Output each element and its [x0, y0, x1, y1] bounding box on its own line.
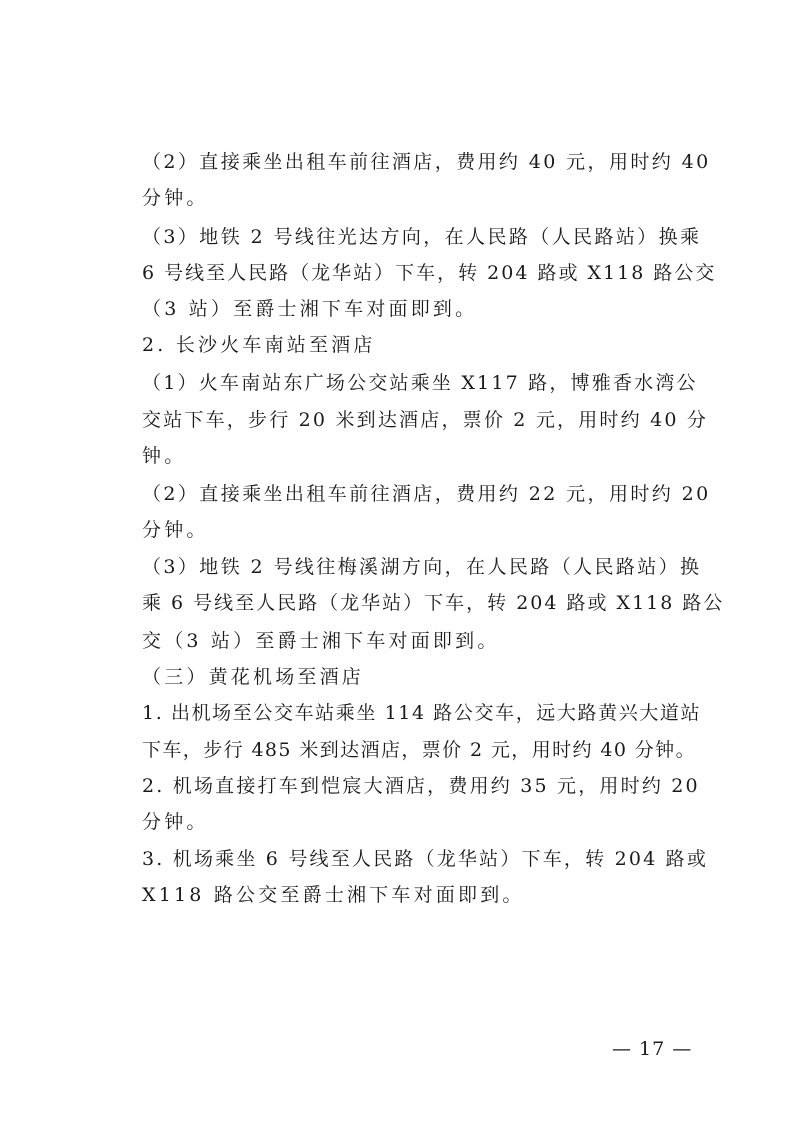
- section-heading: 2. 长沙火车南站至酒店: [142, 333, 682, 357]
- page-number: — 17 —: [612, 1037, 692, 1061]
- paragraph-line: （2）直接乘坐出租车前往酒店，费用约 40 元，用时约 40: [142, 150, 682, 174]
- paragraph-line: （3）地铁 2 号线往光达方向，在人民路（人民路站）换乘: [142, 225, 682, 249]
- paragraph-line: （2）直接乘坐出租车前往酒店，费用约 22 元，用时约 20: [142, 482, 682, 506]
- paragraph-line: 交（3 站）至爵士湘下车对面即到。: [142, 629, 682, 653]
- paragraph-line: （3 站）至爵士湘下车对面即到。: [142, 297, 682, 321]
- paragraph-line: 分钟。: [142, 810, 682, 834]
- paragraph-line: 下车，步行 485 米到达酒店，票价 2 元，用时约 40 分钟。: [142, 738, 682, 762]
- paragraph-line: 钟。: [142, 444, 682, 468]
- paragraph-line: X118 路公交至爵士湘下车对面即到。: [142, 883, 682, 907]
- paragraph-line: （1）火车南站东广场公交站乘坐 X117 路，博雅香水湾公: [142, 371, 682, 395]
- paragraph-line: （3）地铁 2 号线往梅溪湖方向，在人民路（人民路站）换: [142, 555, 682, 579]
- section-heading: （三）黄花机场至酒店: [142, 665, 682, 689]
- paragraph-line: 6 号线至人民路（龙华站）下车，转 204 路或 X118 路公交: [142, 261, 682, 285]
- paragraph-line: 3. 机场乘坐 6 号线至人民路（龙华站）下车，转 204 路或: [142, 847, 682, 871]
- paragraph-line: 分钟。: [142, 518, 682, 542]
- paragraph-line: 分钟。: [142, 186, 682, 210]
- paragraph-line: 交站下车，步行 20 米到达酒店，票价 2 元，用时约 40 分: [142, 408, 682, 432]
- document-page: （2）直接乘坐出租车前往酒店，费用约 40 元，用时约 40 分钟。 （3）地铁…: [0, 0, 793, 1122]
- paragraph-line: 1. 出机场至公交车站乘坐 114 路公交车，远大路黄兴大道站: [142, 701, 682, 725]
- paragraph-line: 乘 6 号线至人民路（龙华站）下车，转 204 路或 X118 路公: [142, 591, 682, 615]
- paragraph-line: 2. 机场直接打车到恺宸大酒店，费用约 35 元，用时约 20: [142, 774, 682, 798]
